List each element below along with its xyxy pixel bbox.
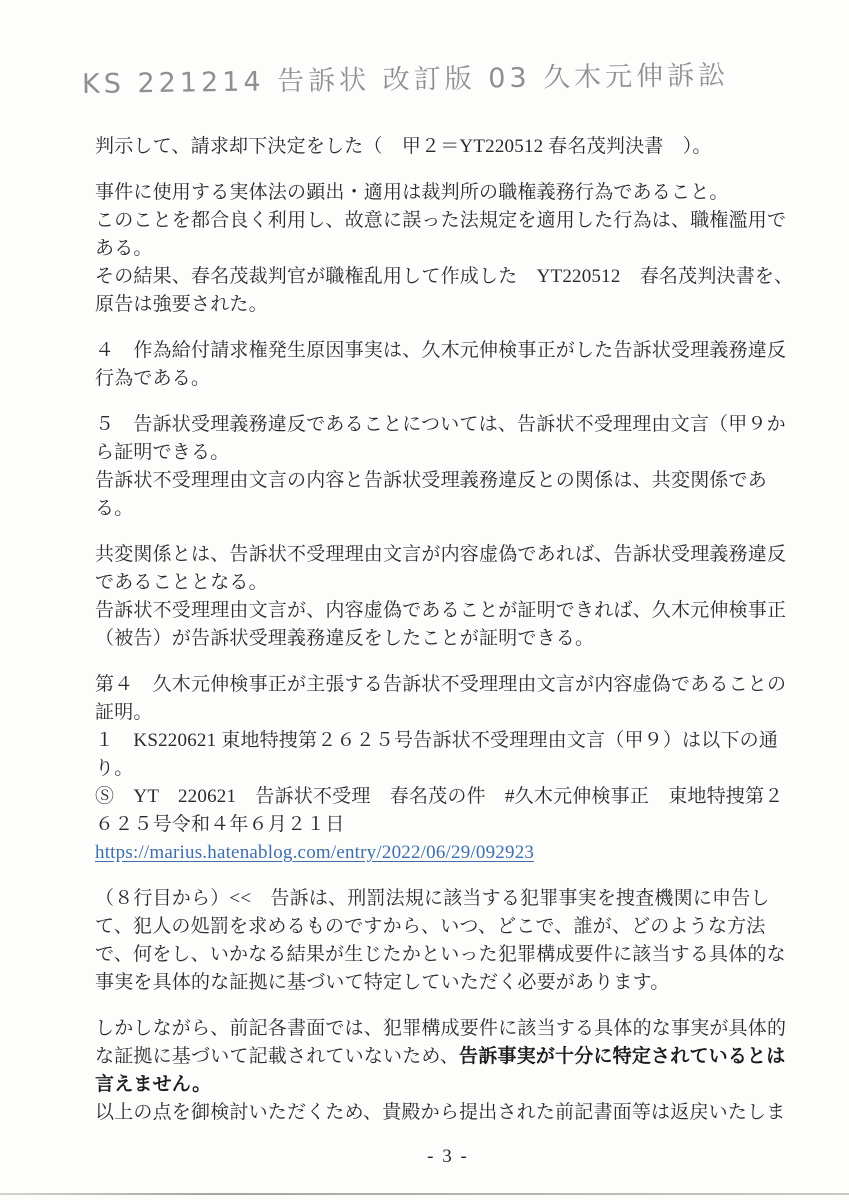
scan-edge-artifact xyxy=(0,1193,849,1195)
paragraph-documents-returned: 以上の点を御検討いただくため、貴殿から提出された前記書面等は返戻いたしま xyxy=(95,1099,801,1127)
page-number: - 3 - xyxy=(95,1143,801,1171)
paragraph-judgment-coerced: その結果、春名茂裁判官が職権乱用して作成した YT220512 春名茂判決書を、… xyxy=(95,263,801,319)
handwritten-annotation: KS 221214 告訴状 改訂版 03 久木元伸訴訟 xyxy=(82,53,730,101)
paragraph-item-1-rejection-wording: １ KS220621 東地特捜第２６２５号告訴状不受理理由文言（甲９）は以下の通… xyxy=(95,727,801,783)
paragraph-item-5-proof-source: ５ 告訴状受理義務違反であることについては、告訴状不受理理由文言（甲９から証明で… xyxy=(95,411,801,467)
paragraph-covariant-relation-statement: 告訴状不受理理由文言の内容と告訴状受理義務違反との関係は、共変関係である。 xyxy=(95,467,801,523)
paragraph-covariant-relation-definition: 共変関係とは、告訴状不受理理由文言が内容虚偽であれば、告訴状受理義務違反であるこ… xyxy=(95,541,801,597)
paragraph-item-4-cause-of-claim: ４ 作為給付請求権発生原因事実は、久木元伸検事正がした告訴状受理義務違反行為であ… xyxy=(95,337,801,393)
paragraph-substantive-law-duty: 事件に使用する実体法の顕出・適用は裁判所の職権義務行為であること。 xyxy=(95,179,801,207)
paragraph-ruling-dismissal: 判示して、請求却下決定をした（ 甲２＝YT220512 春名茂判決書 ）。 xyxy=(95,133,801,161)
paragraph-section-4-heading: 第４ 久木元伸検事正が主張する告訴状不受理理由文言が内容虚偽であることの証明。 xyxy=(95,671,801,727)
paragraph-however-conclusion: しかしながら、前記各書面では、犯罪構成要件に該当する具体的な事実が具体的な証拠に… xyxy=(95,1015,801,1099)
scanned-document-page: KS 221214 告訴状 改訂版 03 久木元伸訴訟 判示して、請求却下決定を… xyxy=(0,0,849,1200)
paragraph-blog-link: https://marius.hatenablog.com/entry/2022… xyxy=(95,839,801,867)
document-body: 判示して、請求却下決定をした（ 甲２＝YT220512 春名茂判決書 ）。 事件… xyxy=(95,133,801,1171)
blog-url-link[interactable]: https://marius.hatenablog.com/entry/2022… xyxy=(95,842,534,863)
paragraph-quoted-rejection-text: （８行目から）<< 告訴は、刑罰法規に該当する犯罪事実を捜査機関に申告して、犯人… xyxy=(95,885,801,997)
paragraph-blog-entry-title: Ⓢ YT 220621 告訴状不受理 春名茂の件 #久木元伸検事正 東地特捜第２… xyxy=(95,783,801,839)
paragraph-abuse-of-authority: このことを都合良く利用し、故意に誤った法規定を適用した行為は、職権濫用である。 xyxy=(95,207,801,263)
paragraph-falsity-proof-logic: 告訴状不受理理由文言が、内容虚偽であることが証明できれば、久木元伸検事正（被告）… xyxy=(95,597,801,653)
